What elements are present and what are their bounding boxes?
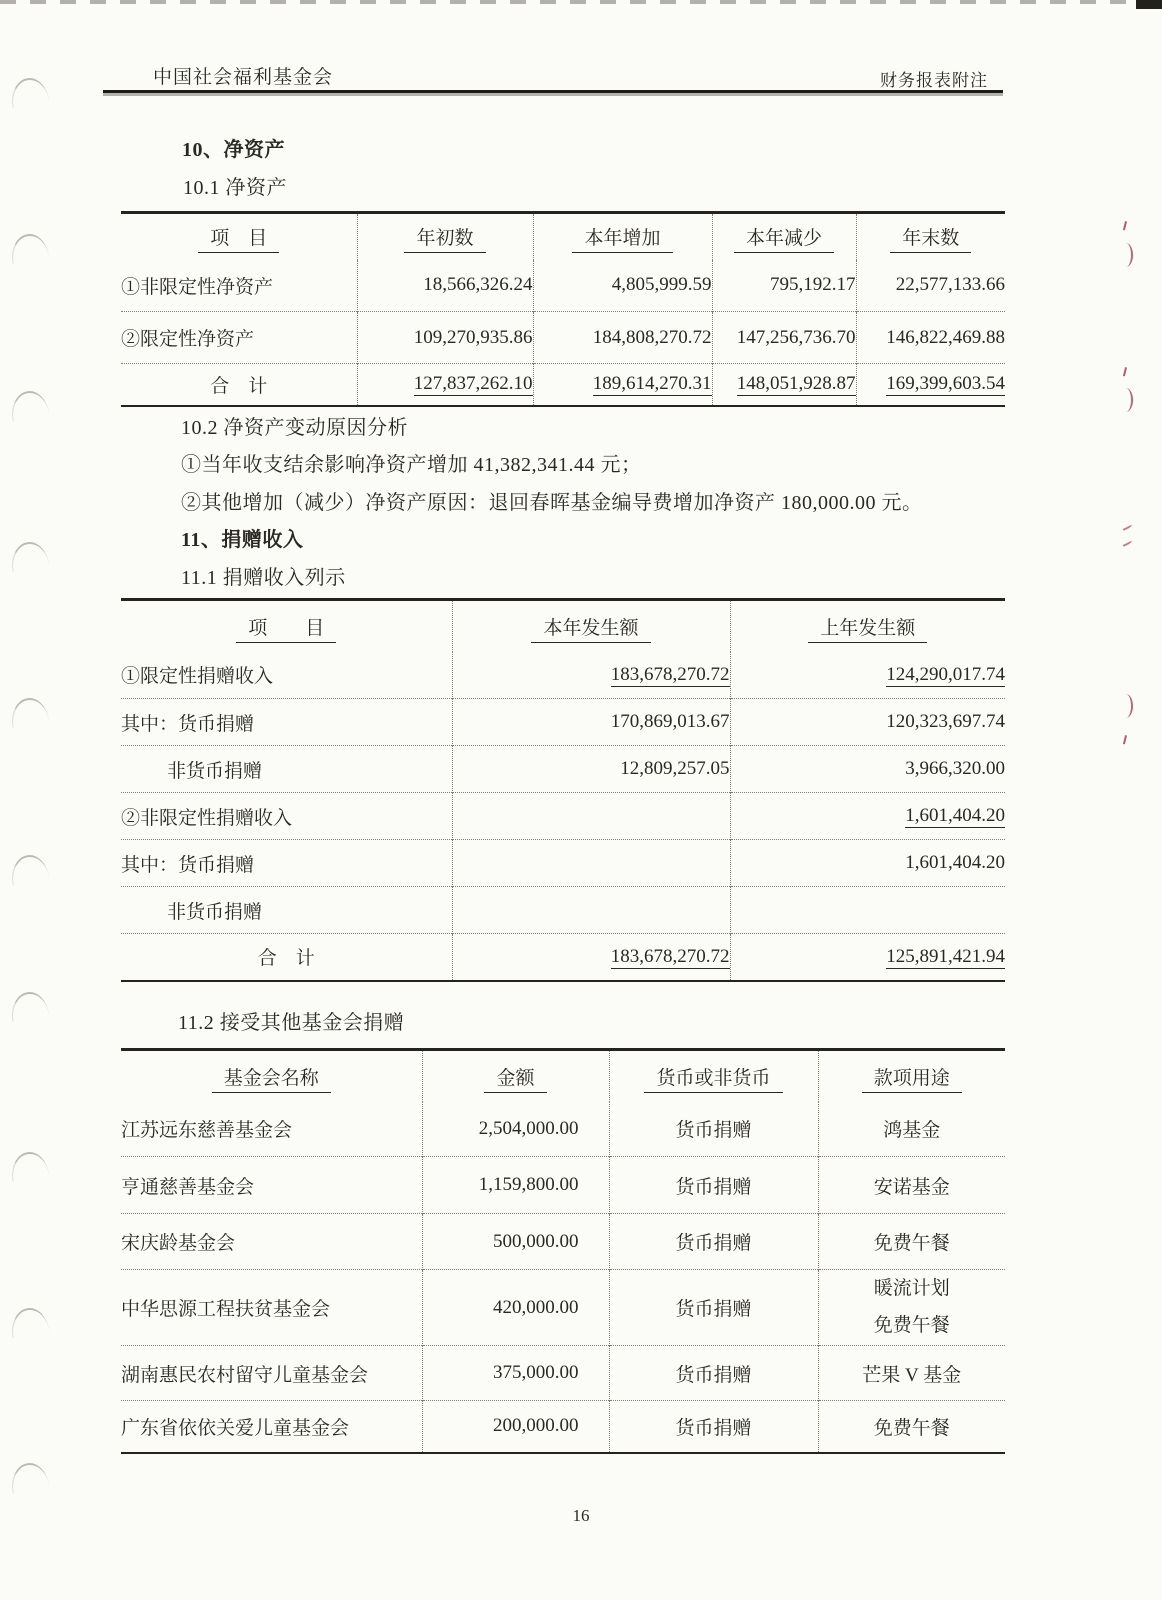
amount-value: 420,000.00: [493, 1297, 579, 1318]
foundation-name: 中华思源工程扶贫基金会: [121, 1299, 330, 1320]
column-header: 款项用途: [862, 1068, 962, 1093]
row-label: 合 计: [210, 376, 267, 397]
row-label: 其中：货币捐赠: [121, 714, 254, 735]
table-row: 中华思源工程扶贫基金会 420,000.00 货币捐赠 暖流计划 免费午餐: [121, 1270, 1005, 1346]
binding-mark: [10, 540, 50, 572]
column-header: 项 目: [236, 618, 336, 643]
amount-value: 2,504,000.00: [479, 1118, 579, 1139]
cell-value: 22,577,133.66: [896, 274, 1005, 295]
section-10-title: 10、净资产: [182, 133, 285, 162]
column-header: 年末数: [890, 228, 971, 253]
column-header: 本年发生额: [531, 618, 650, 643]
column-header: 金额: [484, 1068, 546, 1093]
cell-value: 12,809,257.05: [620, 758, 729, 779]
foundation-donations-table: 基金会名称 金额 货币或非货币 款项用途 江苏远东慈善基金会 2,504,000…: [121, 1048, 1005, 1454]
column-header: 上年发生额: [808, 618, 927, 643]
column-header: 本年增加: [572, 228, 672, 253]
table-row: 江苏远东慈善基金会 2,504,000.00 货币捐赠 鸿基金: [121, 1102, 1005, 1157]
cell-value: 127,837,262.10: [414, 373, 533, 396]
table-header-row: 基金会名称 金额 货币或非货币 款项用途: [121, 1050, 1005, 1102]
table-header-row: 项 目 本年发生额 上年发生额: [121, 600, 1005, 652]
donation-type: 货币捐赠: [675, 1418, 751, 1439]
binding-mark: [10, 232, 50, 264]
table-row: ①非限定性净资产 18,566,326.24 4,805,999.59 795,…: [121, 260, 1005, 312]
table-row: ②限定性净资产 109,270,935.86 184,808,270.72 14…: [121, 312, 1005, 364]
binding-mark: [10, 389, 50, 421]
table-row: 宋庆龄基金会 500,000.00 货币捐赠 免费午餐: [121, 1214, 1005, 1270]
table-row: ①限定性捐赠收入 183,678,270.72 124,290,017.74: [121, 652, 1005, 699]
usage-value: 安诺基金: [874, 1177, 950, 1198]
row-label: ②非限定性捐赠收入: [121, 808, 292, 829]
section-11-1-title: 11.1 捐赠收入列示: [181, 561, 346, 590]
table-total-row: 合 计 127,837,262.10 189,614,270.31 148,05…: [121, 364, 1005, 406]
cell-value: 1,601,404.20: [905, 805, 1005, 828]
net-assets-table: 项 目 年初数 本年增加 本年减少 年末数 ①非限定性净资产 18,566,32…: [121, 211, 1005, 407]
scan-corner-artifact: [1136, 0, 1162, 9]
cell-value: 4,805,999.59: [612, 274, 712, 295]
cell-value: 183,678,270.72: [611, 664, 730, 687]
table-row: 非货币捐赠 12,809,257.05 3,966,320.00: [121, 746, 1005, 793]
usage-value: 暖流计划: [819, 1271, 1006, 1307]
amount-value: 1,159,800.00: [479, 1174, 579, 1195]
table-row: 其中：货币捐赠 170,869,013.67 120,323,697.74: [121, 699, 1005, 746]
cell-value: 1,601,404.20: [905, 852, 1005, 873]
foundation-name: 亨通慈善基金会: [121, 1177, 254, 1198]
usage-value: 免费午餐: [819, 1308, 1006, 1344]
row-label: ①非限定性净资产: [121, 277, 273, 298]
binding-mark: [10, 696, 50, 728]
row-label: 非货币捐赠: [167, 902, 262, 923]
amount-value: 500,000.00: [493, 1231, 579, 1252]
scan-edge-artifact: [0, 0, 1162, 4]
margin-mark: [1121, 522, 1132, 531]
cell-value: 170,869,013.67: [611, 711, 730, 732]
column-header: 本年减少: [734, 228, 834, 253]
page-number: 16: [0, 1506, 1162, 1526]
usage-value: 免费午餐: [874, 1418, 950, 1439]
row-label: 非货币捐赠: [167, 761, 262, 782]
foundation-name: 江苏远东慈善基金会: [121, 1120, 292, 1141]
table-row: ②非限定性捐赠收入 1,601,404.20: [121, 793, 1005, 840]
table-row: 广东省依依关爱儿童基金会 200,000.00 货币捐赠 免费午餐: [121, 1401, 1005, 1453]
column-header: 项 目: [198, 228, 279, 253]
cell-value: 109,270,935.86: [414, 327, 533, 348]
cell-value: 125,891,421.94: [886, 946, 1005, 969]
margin-mark: [1122, 694, 1133, 718]
cell-value: 124,290,017.74: [886, 664, 1005, 687]
table-row: 非货币捐赠: [121, 887, 1005, 934]
table-row: 湖南惠民农村留守儿童基金会 375,000.00 货币捐赠 芒果 V 基金: [121, 1346, 1005, 1401]
table-header-row: 项 目 年初数 本年增加 本年减少 年末数: [121, 213, 1005, 260]
analysis-item-1: ①当年收支结余影响净资产增加 41,382,341.44 元；: [181, 448, 642, 477]
analysis-item-2: ②其他增加（减少）净资产原因：退回春晖基金编导费增加净资产 180,000.00…: [181, 486, 923, 515]
table-row: 其中：货币捐赠 1,601,404.20: [121, 840, 1005, 887]
cell-value: 3,966,320.00: [905, 758, 1005, 779]
row-label: 合 计: [258, 948, 315, 969]
binding-mark: [10, 990, 50, 1022]
cell-value: 184,808,270.72: [593, 327, 712, 348]
cell-value: 183,678,270.72: [611, 946, 730, 969]
doc-type: 财务报表附注: [880, 66, 988, 91]
amount-value: 200,000.00: [493, 1415, 579, 1436]
column-header: 基金会名称: [212, 1068, 331, 1093]
foundation-name: 宋庆龄基金会: [121, 1233, 235, 1254]
margin-mark: [1121, 735, 1127, 745]
cell-value: 189,614,270.31: [593, 373, 712, 396]
cell-value: 147,256,736.70: [737, 327, 856, 348]
section-11-title: 11、捐赠收入: [181, 523, 303, 552]
table-row: 亨通慈善基金会 1,159,800.00 货币捐赠 安诺基金: [121, 1157, 1005, 1214]
donation-type: 货币捐赠: [675, 1177, 751, 1198]
margin-mark: [1121, 538, 1132, 547]
binding-mark: [10, 1150, 50, 1182]
donation-type: 货币捐赠: [675, 1299, 751, 1320]
cell-value: 120,323,697.74: [886, 711, 1005, 732]
binding-mark: [10, 853, 50, 885]
usage-value: 鸿基金: [883, 1120, 940, 1141]
binding-mark: [10, 76, 50, 108]
cell-value: 169,399,603.54: [886, 373, 1005, 396]
row-label: 其中：货币捐赠: [121, 855, 254, 876]
binding-mark: [10, 1461, 50, 1493]
cell-value: 18,566,326.24: [423, 274, 532, 295]
cell-value: 148,051,928.87: [737, 373, 856, 396]
table-total-row: 合 计 183,678,270.72 125,891,421.94: [121, 934, 1005, 981]
section-10-2-title: 10.2 净资产变动原因分析: [181, 411, 408, 440]
margin-mark: [1122, 243, 1133, 267]
donation-type: 货币捐赠: [675, 1233, 751, 1254]
section-11-2-title: 11.2 接受其他基金会捐赠: [178, 1006, 404, 1035]
cell-value: 795,192.17: [770, 274, 856, 295]
document-page: 中国社会福利基金会 财务报表附注 10、净资产 10.1 净资产 项 目 年初数…: [0, 0, 1162, 1600]
foundation-name: 湖南惠民农村留守儿童基金会: [121, 1365, 368, 1386]
column-header: 货币或非货币: [644, 1068, 782, 1093]
donation-type: 货币捐赠: [675, 1365, 751, 1386]
donation-income-table: 项 目 本年发生额 上年发生额 ①限定性捐赠收入 183,678,270.72 …: [121, 598, 1005, 982]
usage-value: 芒果 V 基金: [862, 1365, 961, 1386]
donation-type: 货币捐赠: [675, 1120, 751, 1141]
binding-mark: [10, 1306, 50, 1338]
section-10-1-title: 10.1 净资产: [183, 171, 287, 200]
usage-value: 免费午餐: [874, 1233, 950, 1254]
margin-mark: [1121, 367, 1127, 377]
header-rule: [103, 90, 1003, 93]
margin-mark: [1122, 388, 1133, 412]
row-label: ①限定性捐赠收入: [121, 666, 273, 687]
column-header: 年初数: [404, 228, 485, 253]
row-label: ②限定性净资产: [121, 329, 254, 350]
amount-value: 375,000.00: [493, 1362, 579, 1383]
org-name: 中国社会福利基金会: [153, 62, 333, 89]
foundation-name: 广东省依依关爱儿童基金会: [121, 1418, 349, 1439]
margin-mark: [1121, 221, 1127, 231]
cell-value: 146,822,469.88: [886, 327, 1005, 348]
